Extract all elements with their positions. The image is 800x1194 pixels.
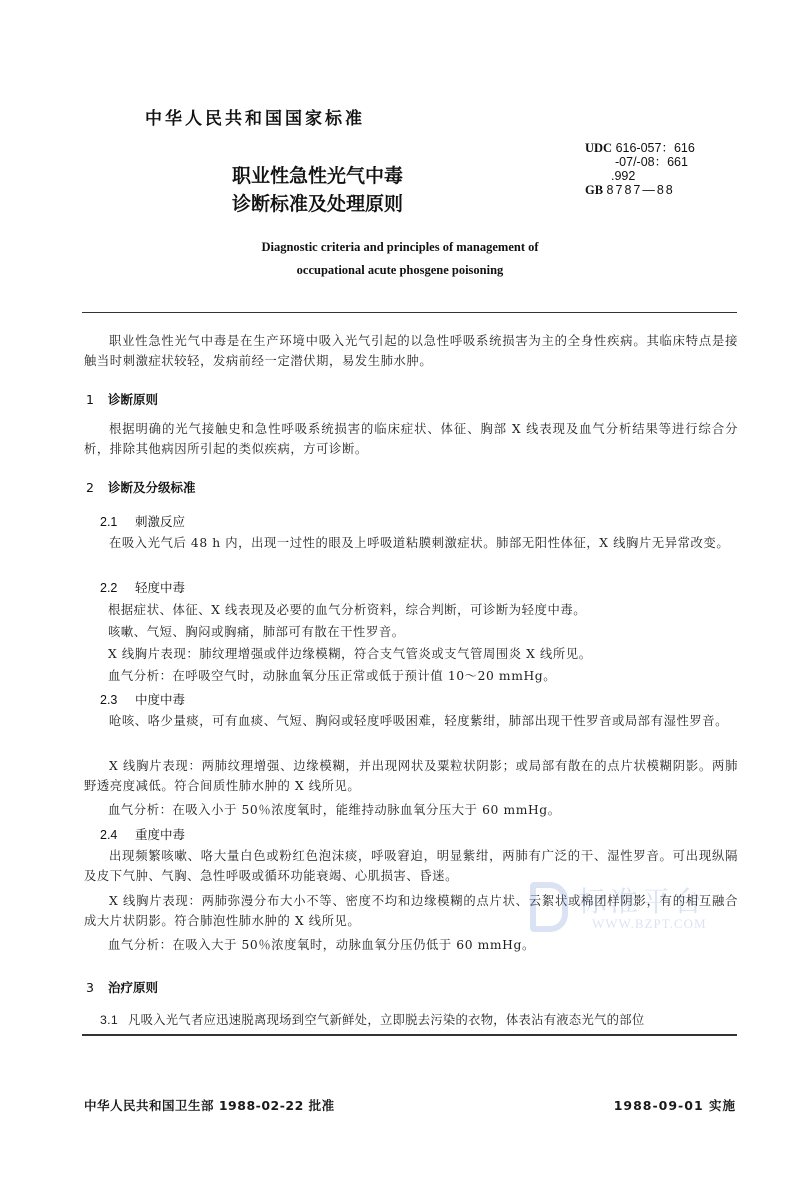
header-divider (82, 312, 737, 313)
subsection-number: 2.3 (100, 693, 135, 707)
section-2-heading: 2诊断及分级标准 (86, 478, 196, 496)
subsection-2-1-heading: 2.1刺激反应 (100, 512, 185, 530)
subsection-title: 重度中毒 (135, 827, 185, 842)
paragraph: 在吸入光气后 48 h 内，出现一过性的眼及上呼吸道粘膜刺激症状。肺部无阳性体征… (84, 533, 738, 553)
title-line-1: 职业性急性光气中毒 (232, 162, 403, 190)
section-3-heading: 3治疗原则 (86, 978, 158, 996)
english-title-line-1: Diagnostic criteria and principles of ma… (160, 236, 640, 259)
paragraph: 血气分析：在吸入小于 50％浓度氧时，能维持动脉血氧分压大于 60 mmHg。 (108, 800, 738, 820)
watermark-logo-icon (530, 882, 568, 932)
udc-line-2: -07/-08：661 (585, 155, 695, 169)
classification-codes: UDC 616-057：616 -07/-08：661 .992 GB 8787… (585, 141, 695, 197)
udc-line-1: 616-057：616 (616, 141, 695, 155)
subsection-number: 3.1 (100, 1010, 128, 1030)
document-title: 职业性急性光气中毒 诊断标准及处理原则 (232, 162, 403, 218)
paragraph: 咳嗽、气短、胸闷或胸痛，肺部可有散在干性罗音。 (108, 622, 738, 642)
watermark-url: WWW.BZPT.COM (592, 916, 707, 932)
watermark: 标准平台 WWW.BZPT.COM (530, 880, 730, 940)
subsection-title: 轻度中毒 (135, 580, 185, 595)
english-title: Diagnostic criteria and principles of ma… (160, 236, 640, 282)
paragraph: X 线胸片表现：肺纹理增强或伴边缘模糊，符合支气管炎或支气管周围炎 X 线所见。 (108, 644, 738, 664)
paragraph: 血气分析：在呼吸空气时，动脉血氧分压正常或低于预计值 10～20 mmHg。 (108, 666, 738, 686)
paragraph: 根据症状、体征、X 线表现及必要的血气分析资料，综合判断，可诊断为轻度中毒。 (108, 600, 738, 620)
subsection-2-3-heading: 2.3中度中毒 (100, 690, 185, 708)
section-1-heading: 1诊断原则 (86, 390, 158, 408)
section-number: 1 (86, 392, 108, 407)
subsection-2-4-heading: 2.4重度中毒 (100, 825, 185, 843)
section-number: 3 (86, 980, 108, 995)
watermark-text: 标准平台 (578, 880, 706, 920)
title-line-2: 诊断标准及处理原则 (232, 190, 403, 218)
gb-label: GB (585, 183, 603, 197)
standard-organization: 中华人民共和国国家标准 (145, 104, 365, 129)
section-title: 诊断原则 (108, 392, 158, 407)
subsection-3-1: 3.1凡吸入光气者应迅速脱离现场到空气新鲜处，立即脱去污染的衣物，体表沾有液态光… (100, 1010, 740, 1030)
udc-line-3: .992 (585, 169, 695, 183)
paragraph: 呛咳、咯少量痰，可有血痰、气短、胸闷或轻度呼吸困难，轻度紫绀，肺部出现干性罗音或… (84, 711, 738, 731)
subsection-title: 中度中毒 (135, 692, 185, 707)
udc-label: UDC (585, 141, 612, 155)
subsection-number: 2.4 (100, 828, 135, 842)
subsection-2-2-heading: 2.2轻度中毒 (100, 578, 185, 596)
subsection-number: 2.1 (100, 515, 135, 529)
section-number: 2 (86, 480, 108, 495)
section-title: 治疗原则 (108, 980, 158, 995)
paragraph: 凡吸入光气者应迅速脱离现场到空气新鲜处，立即脱去污染的衣物，体表沾有液态光气的部… (128, 1013, 644, 1027)
footer-divider (82, 1034, 737, 1036)
approval-date: 中华人民共和国卫生部 1988-02-22 批准 (84, 1096, 335, 1114)
intro-paragraph: 职业性急性光气中毒是在生产环境中吸入光气引起的以急性呼吸系统损害为主的全身性疾病… (84, 331, 738, 371)
subsection-number: 2.2 (100, 581, 135, 595)
section-1-text: 根据明确的光气接触史和急性呼吸系统损害的临床症状、体征、胸部 X 线表现及血气分… (84, 419, 738, 459)
gb-number: 8787—88 (607, 183, 675, 197)
section-title: 诊断及分级标准 (108, 480, 196, 495)
implementation-date: 1988-09-01 实施 (614, 1096, 736, 1114)
paragraph: X 线胸片表现：两肺纹理增强、边缘模糊，并出现网状及粟粒状阴影；或局部有散在的点… (84, 756, 738, 796)
subsection-title: 刺激反应 (135, 514, 185, 529)
english-title-line-2: occupational acute phosgene poisoning (160, 259, 640, 282)
